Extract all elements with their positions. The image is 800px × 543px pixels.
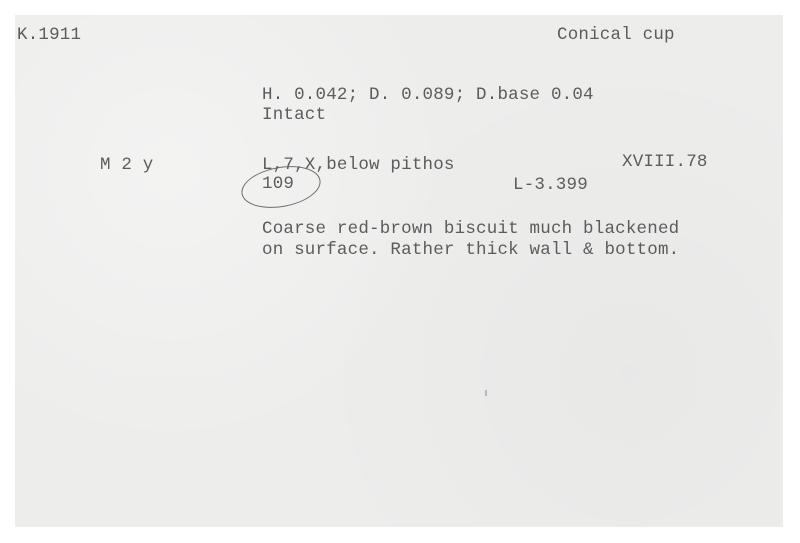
date-reference: XVIII.78 [622, 152, 708, 172]
condition: Intact [262, 105, 326, 125]
description-line-1: Coarse red-brown biscuit much blackened [262, 219, 679, 239]
object-type: Conical cup [557, 25, 675, 45]
description-line-2: on surface. Rather thick wall & bottom. [262, 240, 679, 260]
catalog-number: K.1911 [17, 25, 81, 45]
inventory-reference: L-3.399 [513, 175, 588, 195]
dimensions: H. 0.042; D. 0.089; D.base 0.04 [262, 85, 594, 105]
paper-speck [485, 390, 487, 396]
grid-reference: M 2 y [100, 155, 154, 175]
